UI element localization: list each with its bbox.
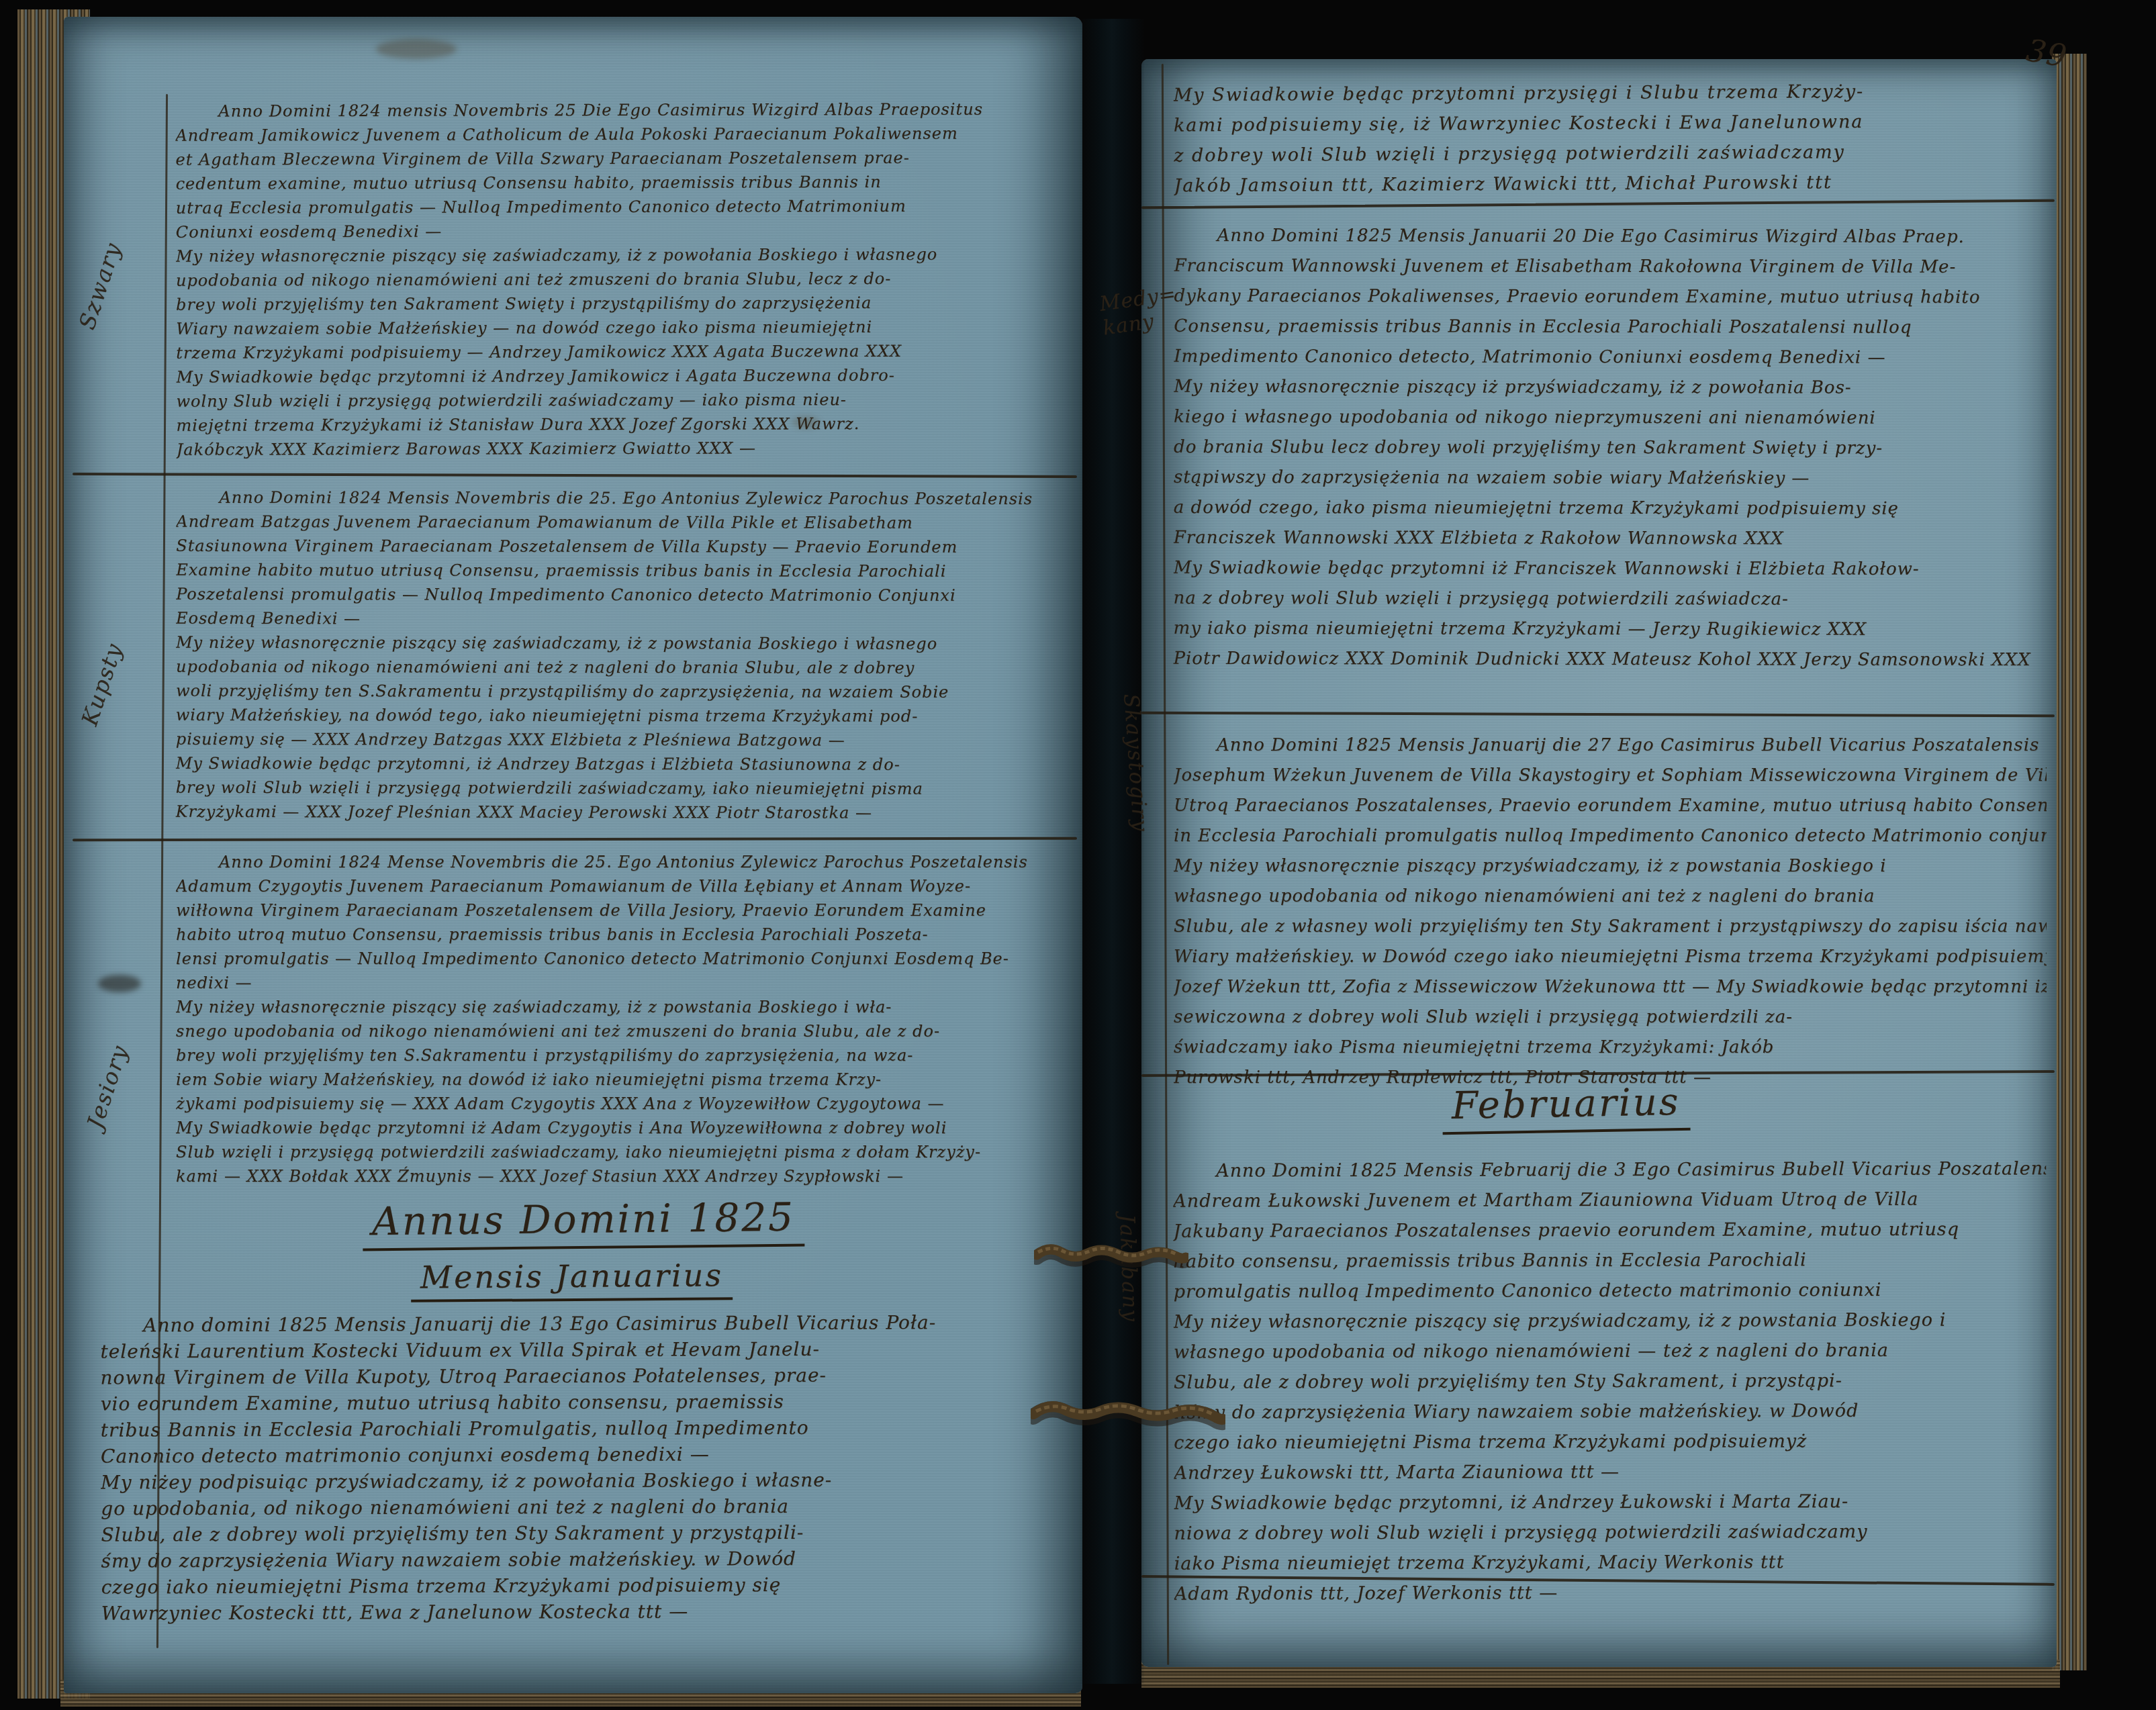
marriage-entry-1824-batzgas: Anno Domini 1824 Mensis Novembris die 25…: [176, 485, 1073, 825]
manuscript-line: Slubu, ale z własney woli przyięliśmy te…: [1174, 912, 2047, 942]
manuscript-line: Slub wzięli i przysięgą potwierdzili zaś…: [176, 1140, 1072, 1164]
manuscript-line: Andrzey Łukowski ttt, Marta Ziauniowa tt…: [1174, 1456, 2047, 1488]
month-heading-february: Februarius: [1442, 1080, 1690, 1135]
marriage-entry-1825-kostecki: Anno domini 1825 Mensis Januarij die 13 …: [100, 1309, 1072, 1626]
manuscript-line: My Swiadkowie będąc przytomni iż Francis…: [1174, 553, 2047, 585]
scanned-register-spread: Anno Domini 1824 mensis Novembris 25 Die…: [0, 0, 2156, 1710]
manuscript-line: Anno Domini 1825 Mensis Januarij die 27 …: [1174, 730, 2047, 761]
manuscript-line: Canonico detecto matrimonio conjunxi eos…: [101, 1439, 1071, 1469]
manuscript-line: Jakób Jamsoiun ttt, Kazimierz Wawicki tt…: [1174, 167, 2047, 201]
binding-twine-icon: [1031, 1383, 1225, 1447]
binding-twine-icon: [1034, 1232, 1188, 1286]
manuscript-line: My niżey własnoręcznie piszący się zaświ…: [176, 242, 1072, 268]
manuscript-line: do brania Slubu lecz dobrey woli przyjęl…: [1174, 432, 2047, 464]
manuscript-line: My niżey własnoręcznie piszący iż przyśw…: [1174, 372, 2047, 403]
manuscript-line: własnego upodobania od nikogo nienamówie…: [1174, 882, 2047, 912]
paper-stain: [376, 39, 457, 59]
manuscript-line: miejętni trzema Krzyżykami iż Stanisław …: [177, 411, 1073, 437]
manuscript-line: Andream Jamikowicz Juvenem a Catholicum …: [175, 121, 1072, 147]
manuscript-line: czego iako nieumiejętni Pisma trzema Krz…: [1174, 1425, 2047, 1458]
manuscript-line: My Swiadkowie będąc przytomni, iż Andrze…: [1174, 1486, 2047, 1518]
manuscript-line: Anno Domini 1824 Mense Novembris die 25.…: [176, 850, 1072, 874]
manuscript-line: utraq Ecclesia promulgatis — Nulloq Impe…: [176, 193, 1072, 220]
manuscript-line: niowa z dobrey woli Slub wzięli i przysi…: [1174, 1516, 2047, 1548]
manuscript-line: promulgatis nulloq Impedimento Canonico …: [1174, 1274, 2047, 1307]
marriage-entry-1825-wannowski: Anno Domini 1825 Mensis Januarii 20 Die …: [1173, 221, 2047, 675]
manuscript-line: Eosdemq Benedixi —: [176, 606, 1072, 632]
manuscript-line: et Agatham Bleczewna Virginem de Villa S…: [175, 145, 1072, 171]
manuscript-line: na z dobrey woli Slub wzięli i przysięgą…: [1174, 583, 2047, 615]
manuscript-line: Jakubany Paraecianos Poszatalenses praev…: [1173, 1214, 2046, 1246]
manuscript-line: Wawrzyniec Kostecki ttt, Ewa z Janelunow…: [101, 1597, 1072, 1626]
manuscript-line: iako Pisma nieumiejęt trzema Krzyżykami,…: [1174, 1546, 2047, 1578]
manuscript-line: Franciszek Wannowski XXX Elżbieta z Rako…: [1174, 523, 2047, 555]
manuscript-line: My niżey własnoręcznie piszący się zaświ…: [176, 995, 1072, 1019]
manuscript-line: habito utroq mutuo Consensu, praemissis …: [176, 922, 1072, 947]
manuscript-line: liśmy do zaprzysiężenia Wiary nawzaiem s…: [1174, 1395, 2047, 1427]
manuscript-line: wiary Małżeńskiey, na dowód tego, iako n…: [176, 703, 1072, 728]
manuscript-line: wiłłowna Virginem Paraecianam Poszetalen…: [176, 898, 1072, 922]
page-edge-stack-right: [2052, 54, 2087, 1670]
manuscript-line: upodobania od nikogo nienamówieni ani te…: [176, 655, 1072, 680]
marriage-entry-1824-jamikowicz: Anno Domini 1824 mensis Novembris 25 Die…: [175, 97, 1072, 461]
manuscript-line: iem Sobie wiary Małżeńskiey, na dowód iż…: [176, 1067, 1072, 1092]
manuscript-line: My Swiadkowie będąc przytomni iż Adam Cz…: [176, 1116, 1072, 1140]
manuscript-line: pisuiemy się — XXX Andrzey Batzgas XXX E…: [176, 727, 1072, 753]
witnesses-continuation-entry: My Swiadkowie będąc przytomni przysięgi …: [1174, 76, 2047, 201]
manuscript-line: Stasiunowna Virginem Paraecianam Poszeta…: [176, 534, 1072, 559]
manuscript-line: trzema Krzyżykami podpisuiemy — Andrzey …: [176, 338, 1072, 365]
manuscript-line: habito consensu, praemissis tribus Banni…: [1173, 1244, 2046, 1276]
manuscript-line: Wiary nawzaiem sobie Małżeńskiey — na do…: [176, 314, 1072, 340]
manuscript-line: Poszetalensi promulgatis — Nulloq Impedi…: [176, 582, 1072, 608]
manuscript-line: my iako pisma nieumiejętni trzema Krzyży…: [1173, 614, 2046, 645]
manuscript-line: własnego upodobania od nikogo nienamówie…: [1174, 1335, 2047, 1367]
marriage-entry-1825-wzekun: Anno Domini 1825 Mensis Januarij die 27 …: [1174, 730, 2047, 1093]
manuscript-line: Adamum Czygoytis Juvenem Paraecianum Pom…: [176, 874, 1072, 898]
manuscript-line: Anno Domini 1825 Mensis Januarii 20 Die …: [1174, 221, 2047, 252]
manuscript-line: in Ecclesia Parochiali promulgatis nullo…: [1174, 821, 2047, 851]
manuscript-line: vio eorundem Examine, mutuo utriusq habi…: [101, 1387, 1071, 1417]
manuscript-line: Anno Domini 1824 Mensis Novembris die 25…: [176, 485, 1072, 511]
manuscript-line: My Swiadkowie będąc przytomni przysięgi …: [1174, 76, 2047, 111]
manuscript-line: świadczamy iako Pisma nieumiejętni trzem…: [1174, 1033, 2047, 1063]
manuscript-line: Consensu, praemissis tribus Bannis in Ec…: [1174, 312, 2047, 343]
manuscript-line: Utroq Paraecianos Poszatalenses, Praevio…: [1174, 791, 2047, 821]
manuscript-line: go upodobania, od nikogo nienamówieni an…: [101, 1492, 1071, 1521]
manuscript-line: wolny Slub wzięli i przysięgą potwierdzi…: [176, 387, 1072, 413]
manuscript-line: kami — XXX Bołdak XXX Źmuynis — XXX Joze…: [176, 1164, 1072, 1188]
manuscript-line: dykany Paraecianos Pokaliwenses, Praevio…: [1174, 281, 2047, 313]
manuscript-line: cedentum examine, mutuo utriusq Consensu…: [176, 169, 1072, 195]
manuscript-line: czego iako nieumiejętni Pisma trzema Krz…: [101, 1570, 1072, 1600]
marriage-entry-1825-lukowski: Anno Domini 1825 Mensis Februarij die 3 …: [1173, 1153, 2047, 1609]
manuscript-line: My niżey własnoręcznie piszący się zaświ…: [176, 630, 1072, 656]
year-heading: Annus Domini 1825: [363, 1194, 805, 1251]
month-heading-january: Mensis Januarius: [411, 1257, 733, 1302]
manuscript-line: Franciscum Wannowski Juvenem et Elisabet…: [1174, 251, 2047, 283]
manuscript-line: Slubu, ale z dobrey woli przyięliśmy ten…: [101, 1518, 1071, 1548]
manuscript-line: My Swiadkowie będąc przytomni, iż Andrze…: [176, 751, 1072, 777]
manuscript-line: My niżey własnoręcznie piszący się przyś…: [1174, 1304, 2047, 1337]
marriage-entry-1824-czygoytis: Anno Domini 1824 Mense Novembris die 25.…: [176, 850, 1072, 1188]
manuscript-line: Anno domini 1825 Mensis Januarij die 13 …: [100, 1309, 1070, 1338]
manuscript-line: lensi promulgatis — Nulloq Impedimento C…: [176, 947, 1072, 971]
manuscript-line: a dowód czego, iako pisma nieumiejętni t…: [1174, 493, 2047, 524]
manuscript-line: woli przyjęliśmy ten S.Sakramentu i przy…: [176, 679, 1072, 704]
ink-smudge: [98, 975, 141, 992]
manuscript-line: stąpiwszy do zaprzysiężenia na wzaiem so…: [1174, 463, 2047, 494]
manuscript-line: Krzyżykami — XXX Jozef Pleśnian XXX Maci…: [176, 800, 1072, 825]
manuscript-line: Jozef Wżekun ttt, Zofia z Missewiczow Wż…: [1174, 972, 2047, 1002]
manuscript-line: My niżey własnoręcznie piszący przyświad…: [1174, 851, 2047, 882]
manuscript-line: kami podpisuiemy się, iż Wawrzyniec Kost…: [1174, 106, 2047, 141]
manuscript-line: z dobrey woli Slub wzięli i przysięgą po…: [1174, 136, 2047, 171]
manuscript-line: snego upodobania od nikogo nienamówieni …: [176, 1019, 1072, 1043]
manuscript-line: Andream Batzgas Juvenem Paraecianum Poma…: [176, 510, 1072, 535]
manuscript-line: brey woli przyjęliśmy ten Sakrament Swię…: [176, 290, 1072, 316]
manuscript-line: upodobania od nikogo nienamówieni ani te…: [176, 266, 1072, 292]
manuscript-line: kiego i własnego upodobania od nikogo ni…: [1174, 402, 2047, 434]
manuscript-line: Slubu, ale z dobrey woli przyięliśmy ten…: [1174, 1365, 2047, 1397]
manuscript-line: Coniunxi eosdemq Benedixi —: [176, 218, 1072, 244]
manuscript-line: Impedimento Canonico detecto, Matrimonio…: [1174, 342, 2047, 373]
manuscript-line: Andream Łukowski Juvenem et Martham Ziau…: [1173, 1184, 2046, 1216]
manuscript-line: teleński Laurentium Kostecki Viduum ex V…: [100, 1335, 1070, 1364]
manuscript-line: brey woli przyjęliśmy ten S.Sakramentu i…: [176, 1043, 1072, 1067]
manuscript-line: My Swiadkowie będąc przytomni iż Andrzey…: [176, 363, 1072, 389]
manuscript-line: Jakóbczyk XXX Kazimierz Barowas XXX Kazi…: [177, 435, 1073, 461]
manuscript-line: Josephum Wżekun Juvenem de Villa Skaysto…: [1174, 761, 2047, 791]
manuscript-line: żykami podpisuiemy się — XXX Adam Czygoy…: [176, 1092, 1072, 1116]
manuscript-line: tribus Bannis in Ecclesia Parochiali Pro…: [101, 1413, 1071, 1443]
manuscript-line: śmy do zaprzysiężenia Wiary nawzaiem sob…: [101, 1544, 1071, 1574]
manuscript-line: Piotr Dawidowicz XXX Dominik Dudnicki XX…: [1173, 644, 2046, 675]
manuscript-line: Examine habito mutuo utriusq Consensu, p…: [176, 558, 1072, 583]
manuscript-line: nedixi —: [176, 971, 1072, 995]
manuscript-line: Anno Domini 1825 Mensis Februarij die 3 …: [1173, 1153, 2046, 1186]
page-number: 39: [2024, 32, 2070, 75]
manuscript-line: brey woli Slub wzięli i przysięgą potwie…: [176, 775, 1072, 801]
manuscript-line: Anno Domini 1824 mensis Novembris 25 Die…: [175, 97, 1072, 123]
manuscript-line: sewiczowna z dobrey woli Slub wzięli i p…: [1174, 1002, 2047, 1033]
manuscript-line: nowna Virginem de Villa Kupoty, Utroq Pa…: [100, 1361, 1070, 1390]
manuscript-line: My niżey podpisuiąc przyświadczamy, iż z…: [101, 1466, 1071, 1495]
manuscript-line: Wiary małżeńskiey. w Dowód czego iako ni…: [1174, 942, 2047, 972]
